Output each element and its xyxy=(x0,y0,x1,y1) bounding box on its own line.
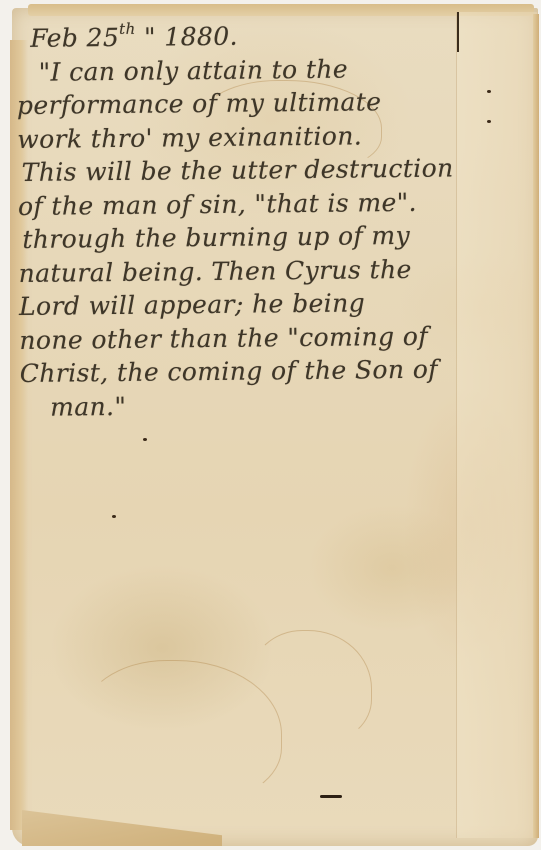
manuscript-line: performance of my ultimate xyxy=(17,84,517,123)
ink-speck xyxy=(143,438,147,441)
manuscript-line: Christ, the coming of the Son of xyxy=(20,352,520,391)
date-ordinal: th xyxy=(119,20,136,38)
manuscript-line: none other than the "coming of xyxy=(19,318,519,357)
ink-speck xyxy=(112,515,116,518)
ink-dash-mark xyxy=(320,795,342,798)
worn-right-edge xyxy=(533,14,539,838)
manuscript-line: of the man of sin, "that is me". xyxy=(18,184,518,223)
manuscript-line: This will be the utter destruction xyxy=(17,151,517,190)
manuscript-line: Lord will appear; he being xyxy=(19,285,519,324)
date-day: 25 xyxy=(86,23,119,52)
handwritten-text: Feb 25th " 1880. "I can only attain to t… xyxy=(16,9,520,424)
date-year: 1880. xyxy=(164,22,238,52)
date-line: Feb 25th " 1880. xyxy=(16,9,516,56)
date-month: Feb xyxy=(30,23,78,53)
manuscript-line: "I can only attain to the xyxy=(16,50,516,89)
manuscript-line: man." xyxy=(20,385,520,424)
manuscript-line: natural being. Then Cyrus the xyxy=(19,251,519,290)
manuscript-line: through the burning up of my xyxy=(18,218,518,257)
scanned-page: Feb 25th " 1880. "I can only attain to t… xyxy=(0,0,541,850)
manuscript-line: work thro' my exinanition. xyxy=(17,117,517,156)
